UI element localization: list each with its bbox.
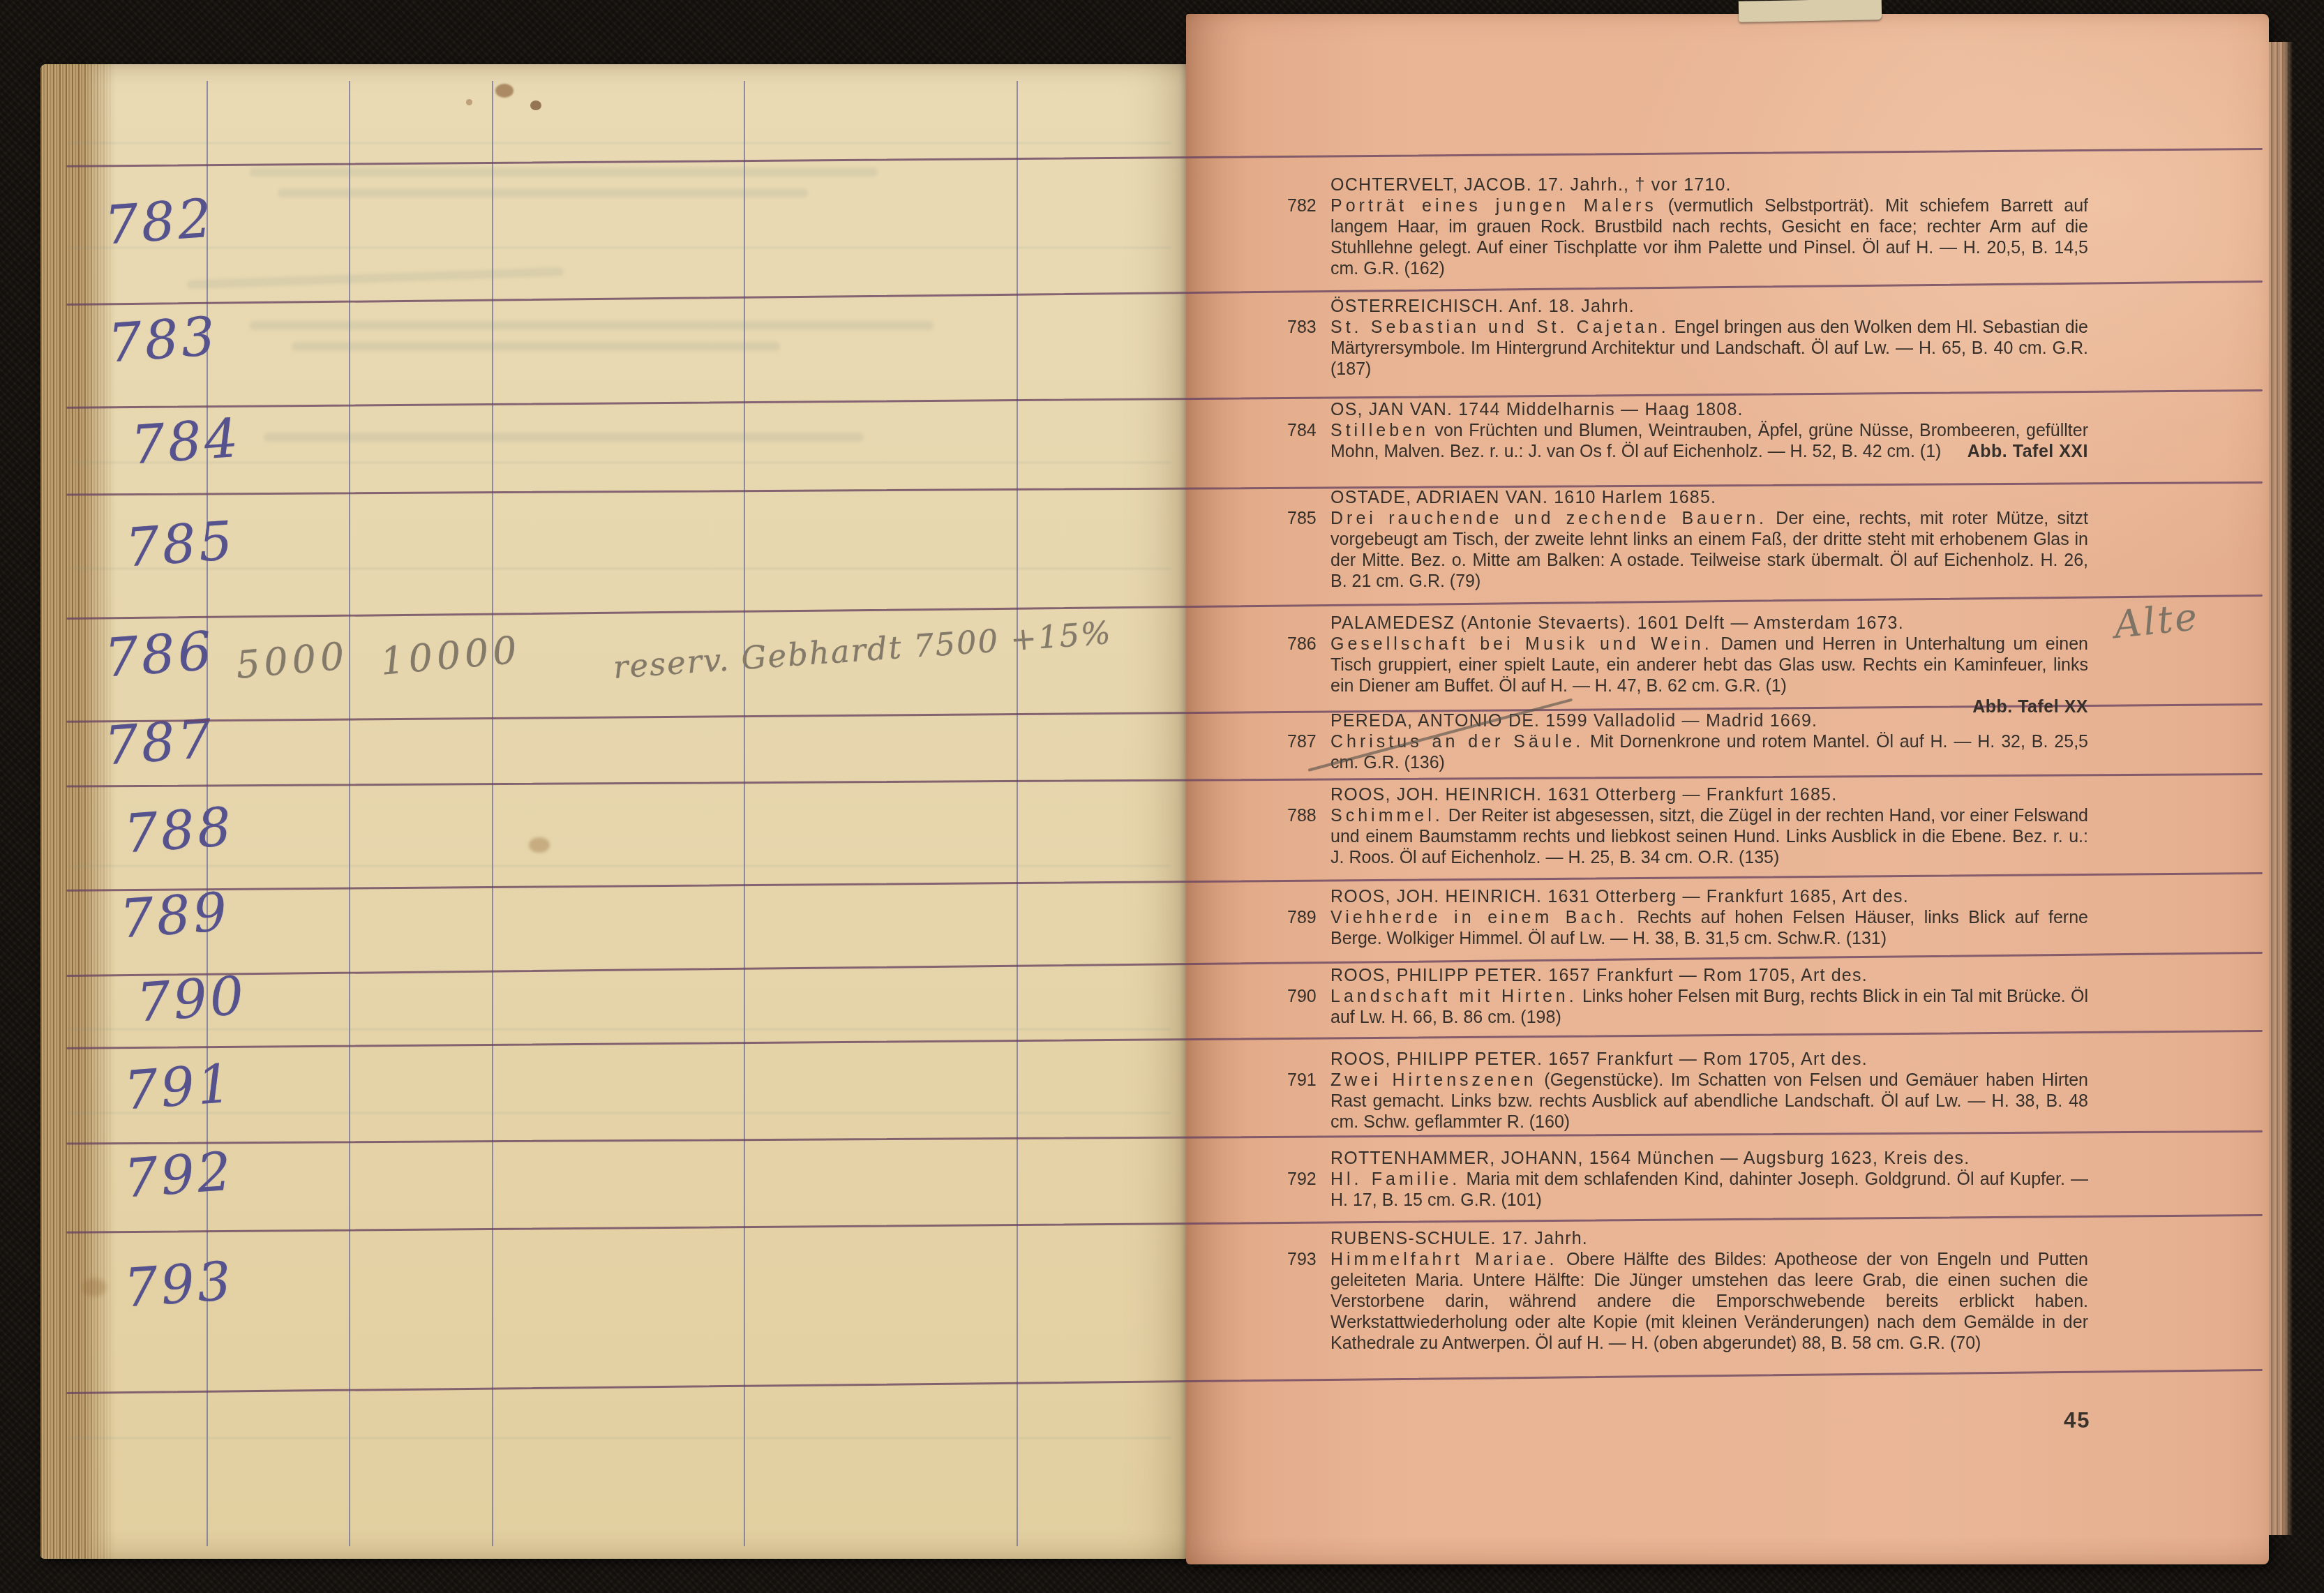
- ledger-entry-number: 793: [122, 1250, 236, 1319]
- entry-title: Landschaft mit Hirten.: [1330, 987, 1577, 1006]
- bleed-through-line: [68, 142, 1171, 144]
- entry-header: RUBENS-SCHULE. 17. Jahrh.: [1330, 1228, 2088, 1249]
- entry-title: St. Sebastian und St. Cajetan.: [1330, 317, 1670, 337]
- entry-title: Gesellschaft bei Musik und Wein.: [1330, 634, 1713, 654]
- entry-body: 787Christus an der Säule. Mit Dornenkron…: [1287, 731, 2088, 773]
- entry-header: ROOS, PHILIPP PETER. 1657 Frankfurt — Ro…: [1330, 1049, 2088, 1070]
- entry-header: OCHTERVELT, JACOB. 17. Jahrh., † vor 171…: [1330, 174, 2088, 195]
- catalog-entry-785: OSTADE, ADRIAEN VAN. 1610 Harlem 1685. 7…: [1287, 487, 2088, 592]
- entry-body: 785Drei rauchende und zechende Bauern. D…: [1287, 508, 2088, 592]
- entry-number: 789: [1287, 907, 1322, 928]
- catalog-entry-789: ROOS, JOH. HEINRICH. 1631 Otterberg — Fr…: [1287, 886, 2088, 949]
- entry-header: PEREDA, ANTONIO DE. 1599 Valladolid — Ma…: [1330, 710, 2088, 731]
- bleed-through-line: [68, 865, 1171, 867]
- entry-body: 793Himmelfahrt Mariae. Obere Hälfte des …: [1287, 1249, 2088, 1354]
- entry-title: Hl. Familie.: [1330, 1169, 1460, 1189]
- margin-note: Alte: [2112, 594, 2201, 647]
- entry-number: 788: [1287, 805, 1322, 826]
- entry-number: 792: [1287, 1169, 1322, 1190]
- entry-body: 790Landschaft mit Hirten. Links hoher Fe…: [1287, 986, 2088, 1028]
- entry-body: 782Porträt eines jungen Malers (vermutli…: [1287, 195, 2088, 279]
- paper-scrap: [1739, 0, 1882, 22]
- catalog-entry-782: OCHTERVELT, JACOB. 17. Jahrh., † vor 171…: [1287, 174, 2088, 279]
- catalog-entry-784: OS, JAN VAN. 1744 Middelharnis — Haag 18…: [1287, 399, 2088, 462]
- ledger-entry-number: 788: [122, 795, 236, 865]
- entry-header: OSTADE, ADRIAEN VAN. 1610 Harlem 1685.: [1330, 487, 2088, 508]
- stain: [466, 99, 472, 105]
- spine-page-stack: [40, 64, 116, 1559]
- stain: [495, 84, 513, 98]
- bleed-through-text: [292, 342, 780, 351]
- entry-title: Stilleben: [1330, 421, 1429, 440]
- entry-number: 784: [1287, 420, 1322, 441]
- catalog-entry-793: RUBENS-SCHULE. 17. Jahrh. 793Himmelfahrt…: [1287, 1228, 2088, 1354]
- ledger-entry-number: 785: [123, 509, 237, 579]
- entry-number: 793: [1287, 1249, 1322, 1270]
- stain: [529, 837, 550, 853]
- entry-title: Christus an der Säule.: [1330, 732, 1584, 751]
- bleed-through-text: [278, 188, 808, 197]
- entry-text: Der Reiter ist abgesessen, sitzt, die Zü…: [1330, 806, 2088, 867]
- bleed-through-text: [250, 167, 878, 177]
- entry-header: OS, JAN VAN. 1744 Middelharnis — Haag 18…: [1330, 399, 2088, 420]
- page-edge-stack: [2269, 42, 2293, 1535]
- entry-body: 783St. Sebastian und St. Cajetan. Engel …: [1287, 317, 2088, 380]
- entry-header: ROOS, PHILIPP PETER. 1657 Frankfurt — Ro…: [1330, 965, 2088, 986]
- entry-title: Zwei Hirtenszenen: [1330, 1070, 1537, 1090]
- ledger-column-rule: [744, 81, 745, 1546]
- ledger-entry-number: 791: [122, 1052, 236, 1122]
- bleed-through-text: [187, 267, 564, 290]
- entry-number: 790: [1287, 986, 1322, 1007]
- catalog-entry-786: PALAMEDESZ (Antonie Stevaerts). 1601 Del…: [1287, 613, 2088, 717]
- entry-number: 785: [1287, 508, 1322, 529]
- ledger-entry-number: 792: [122, 1140, 236, 1210]
- entry-title: Porträt eines jungen Malers: [1330, 196, 1657, 216]
- entry-number: 791: [1287, 1070, 1322, 1091]
- catalog-entry-783: ÖSTERREICHISCH. Anf. 18. Jahrh. 783St. S…: [1287, 296, 2088, 380]
- ledger-entry-number: 784: [129, 407, 243, 477]
- bleed-through-line: [68, 1029, 1171, 1030]
- page-number: 45: [2064, 1408, 2090, 1433]
- entry-header: PALAMEDESZ (Antonie Stevaerts). 1601 Del…: [1330, 613, 2088, 634]
- entry-title: Schimmel.: [1330, 806, 1444, 825]
- entry-body: 792Hl. Familie. Maria mit dem schlafende…: [1287, 1169, 2088, 1211]
- entry-header: ÖSTERREICHISCH. Anf. 18. Jahrh.: [1330, 296, 2088, 317]
- catalog-entry-788: ROOS, JOH. HEINRICH. 1631 Otterberg — Fr…: [1287, 784, 2088, 868]
- catalog-entry-791: ROOS, PHILIPP PETER. 1657 Frankfurt — Ro…: [1287, 1049, 2088, 1132]
- entry-body: 791Zwei Hirtenszenen (Gegenstücke). Im S…: [1287, 1070, 2088, 1132]
- entry-header: ROOS, JOH. HEINRICH. 1631 Otterberg — Fr…: [1330, 886, 2088, 907]
- stain: [82, 1278, 106, 1296]
- ledger-entry-number: 783: [106, 305, 220, 375]
- entry-title: Viehherde in einem Bach.: [1330, 908, 1628, 927]
- catalog-entry-792: ROTTENHAMMER, JOHANN, 1564 München — Aug…: [1287, 1148, 2088, 1211]
- entry-body: 786Gesellschaft bei Musik und Wein. Dame…: [1287, 634, 2088, 696]
- catalog-entry-790: ROOS, PHILIPP PETER. 1657 Frankfurt — Ro…: [1287, 965, 2088, 1028]
- stain: [530, 100, 541, 110]
- ledger-entry-number: 782: [103, 187, 216, 257]
- entry-body: 788Schimmel. Der Reiter ist abgesessen, …: [1287, 805, 2088, 868]
- bleed-through-text: [250, 321, 934, 330]
- entry-header: ROOS, JOH. HEINRICH. 1631 Otterberg — Fr…: [1330, 784, 2088, 805]
- entry-number: 786: [1287, 634, 1322, 655]
- entry-title: Drei rauchende und zechende Bauern.: [1330, 509, 1767, 528]
- entry-header: ROTTENHAMMER, JOHANN, 1564 München — Aug…: [1330, 1148, 2088, 1169]
- entry-title: Himmelfahrt Mariae.: [1330, 1250, 1558, 1269]
- entry-body: 789Viehherde in einem Bach. Rechts auf h…: [1287, 907, 2088, 949]
- bleed-through-line: [68, 247, 1171, 248]
- book-photo: 782 783 784 785 786 787 788 789 790 791 …: [0, 0, 2324, 1593]
- bleed-through-text: [264, 433, 864, 442]
- entry-number: 782: [1287, 195, 1322, 216]
- entry-number: 783: [1287, 317, 1322, 338]
- ledger-column-rule: [1017, 81, 1018, 1546]
- entry-number: 787: [1287, 731, 1322, 752]
- ledger-entry-number: 786: [103, 620, 216, 689]
- bleed-through-line: [68, 1437, 1171, 1439]
- ledger-entry-number: 787: [103, 708, 216, 777]
